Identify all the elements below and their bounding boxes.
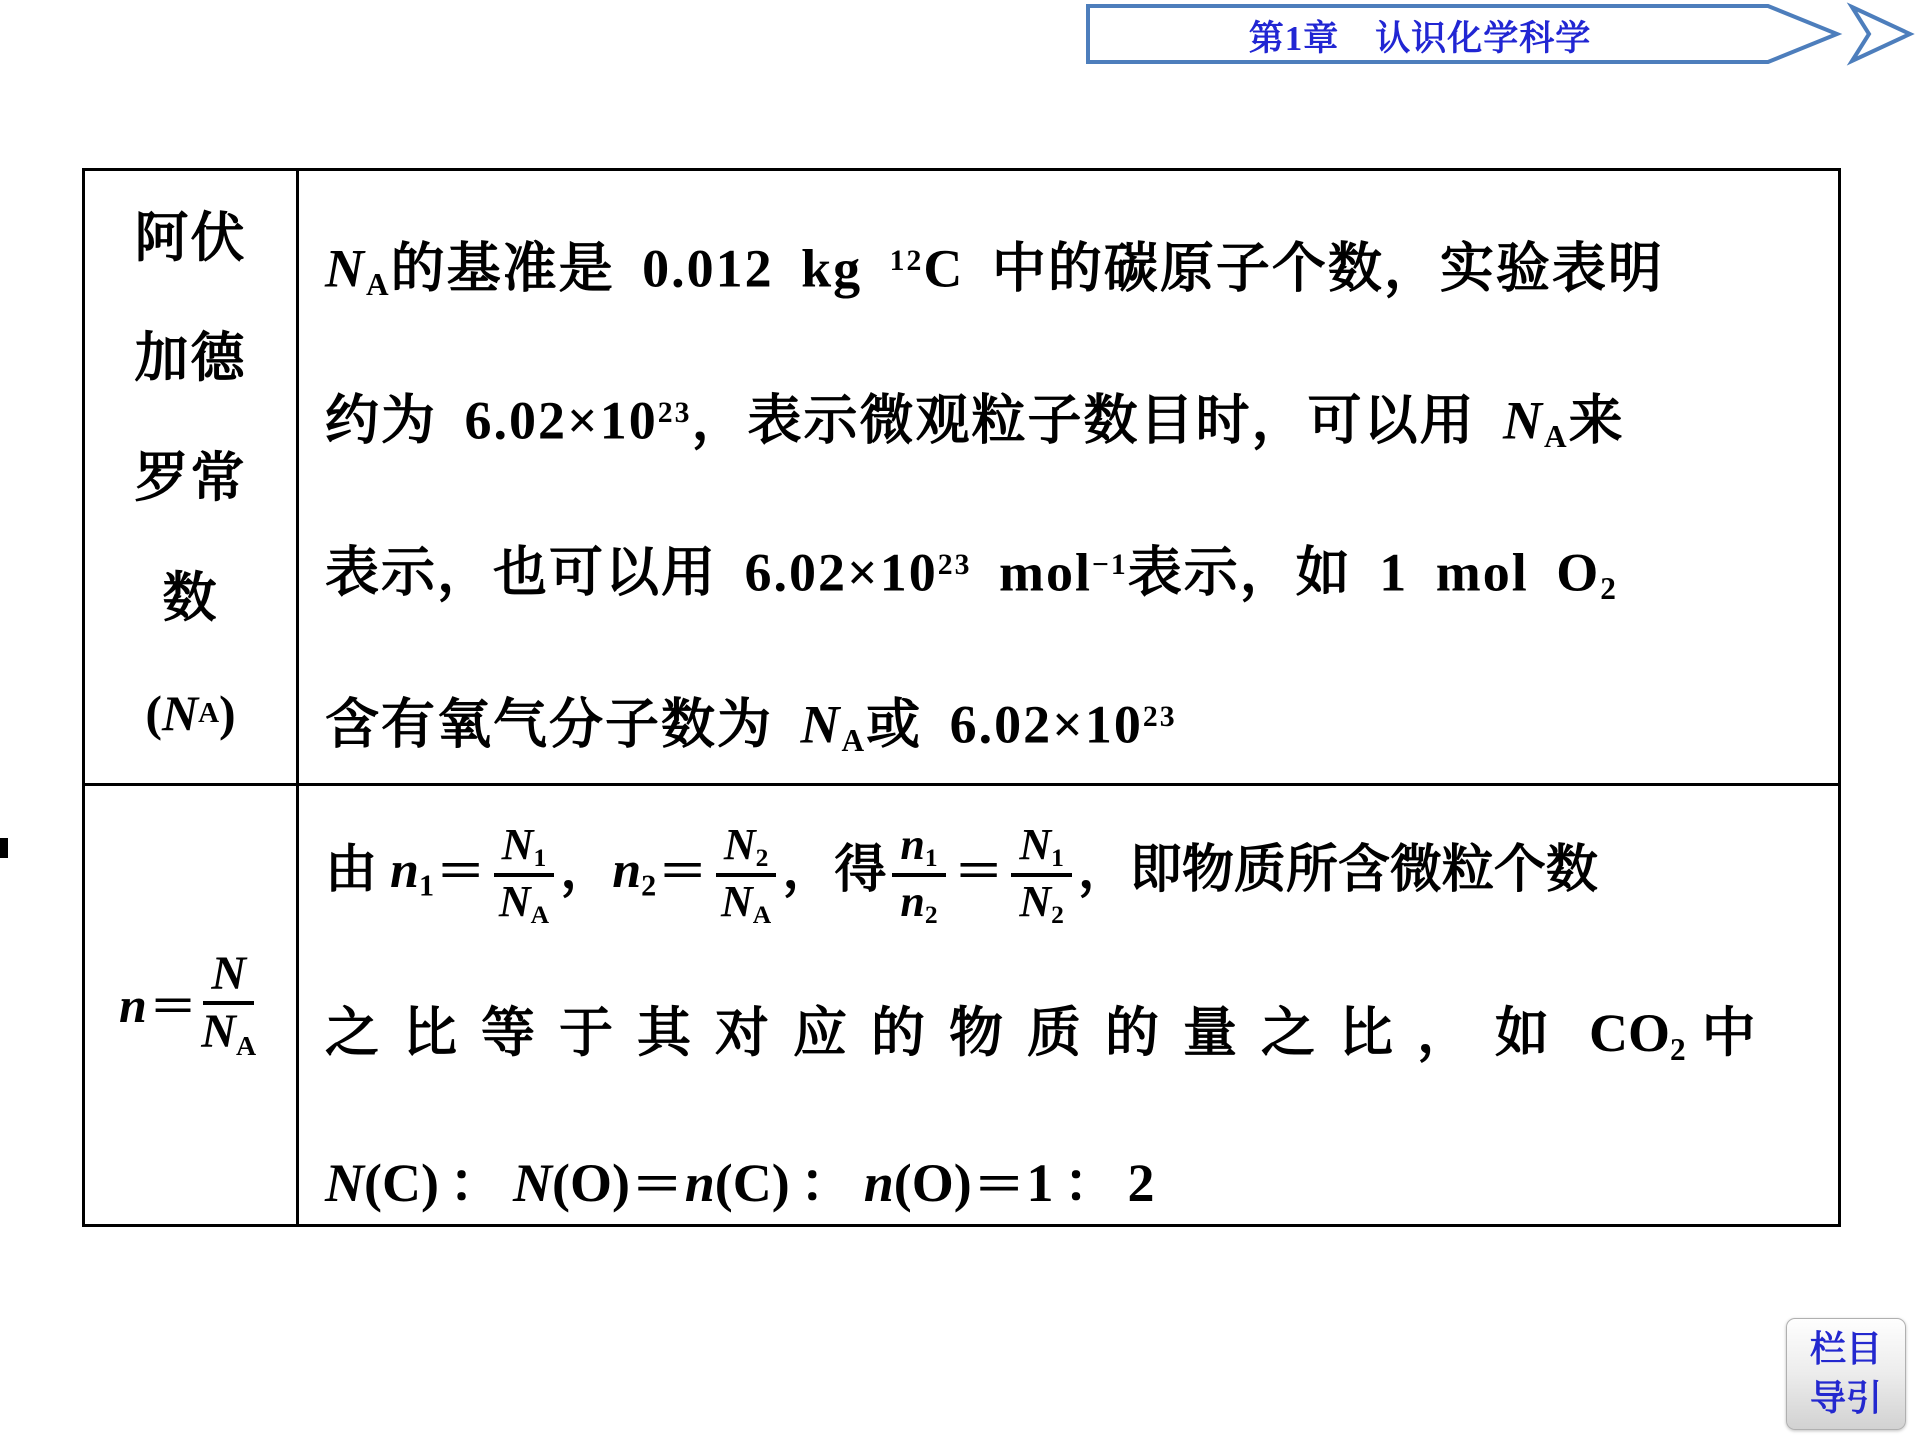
sub-A: A [366,267,391,302]
explanation-line-1: 由 n1=N1NA，n2=N2NA，得n1n2=N1N2，即物质所含微粒个数 [325,792,1827,964]
definition-line-1: NA的基准是 0.012 kg 12C 中的碳原子个数，实验表明 [325,197,1821,349]
ratio-colon: ： [1064,1153,1118,1213]
explanation-cell: 由 n1=N1NA，n2=N2NA，得n1n2=N1N2，即物质所含微粒个数 之… [299,786,1835,1224]
sup-23: 23 [1143,701,1177,733]
equals-sign: = [956,792,1000,950]
var-N: N [201,1005,236,1058]
fraction-n1-over-n2: n1n2 [892,822,945,929]
var-N: N [1503,390,1544,450]
nav-button-label-line2: 导引 [1810,1374,1882,1423]
explanation-line-3: N(C)：N(O)=n(C)：n(O)=1：2 [325,1119,1827,1247]
var-N: N [801,695,842,755]
var-n: n [119,976,147,1034]
explanation-line-2: 之比等于其对应的物质的量之比，如CO2中 [325,964,1827,1119]
equals-sign: = [152,976,195,1034]
fraction-N2-over-NA: N2NA [716,822,777,929]
chapter-title: 第1章 认识化学科学 [1110,12,1730,60]
sup-minus-1: −1 [1092,549,1128,581]
equals-sign: = [976,1119,1022,1247]
equals-sign: = [634,1119,680,1247]
slide: 第1章 认识化学科学 阿伏 加德 罗常 数 (NA) NA的基准是 0.012 … [0,0,1920,1440]
term-symbol-NA: (NA) [85,653,296,773]
fraction-N-over-NA: NNA [201,949,256,1060]
comma: ， [560,842,612,899]
sub-A: A [198,697,219,730]
equals-sign: = [439,792,483,950]
chapter-title-text: 第1章 认识化学科学 [1249,11,1592,61]
var-n: n [864,1153,894,1213]
term-line: 罗常 [85,413,296,533]
nav-button-label-line1: 栏目 [1810,1325,1882,1374]
formula-CO2: CO [1589,1003,1670,1063]
nav-button-column-guide[interactable]: 栏目 导引 [1786,1318,1906,1430]
sub-2: 2 [1600,571,1618,606]
fraction-N1-over-NA: N1NA [494,822,555,929]
double-chevron-icon [1852,7,1910,61]
var-N: N [325,238,366,298]
definition-line-4: 含有氧气分子数为 NA或 6.02×1023 [325,653,1821,805]
var-N: N [211,947,246,1000]
sub-A: A [842,723,867,758]
sub-A: A [236,1030,256,1061]
formula-cell: n=NNA [85,786,296,1224]
sup-12: 12 [890,245,924,277]
ratio-colon: ： [449,1153,503,1213]
var-N: N [513,1153,552,1213]
var-N: N [325,1153,364,1213]
sup-23: 23 [658,397,692,429]
var-n: n [612,842,641,899]
definition-line-2: 约为 6.02×1023，表示微观粒子数目时，可以用 NA来 [325,349,1821,501]
term-line: 阿伏 [85,173,296,293]
definition-table: 阿伏 加德 罗常 数 (NA) NA的基准是 0.012 kg 12C 中的碳原… [82,168,1841,1227]
var-N: N [162,684,198,742]
equals-sign: = [661,792,705,950]
term-line: 加德 [85,293,296,413]
var-n: n [390,842,419,899]
definition-cell: NA的基准是 0.012 kg 12C 中的碳原子个数，实验表明 约为 6.02… [299,171,1835,783]
ratio-colon: ： [800,1153,854,1213]
var-n: n [685,1153,715,1213]
definition-line-3: 表示，也可以用 6.02×1023 mol−1表示，如 1 mol O2 [325,501,1821,653]
fraction-N1-over-N2: N1N2 [1011,822,1072,929]
screen-edge-artifact [0,838,8,858]
sub-2: 2 [1670,1032,1686,1067]
term-line: 数 [85,533,296,653]
term-cell-avogadro: 阿伏 加德 罗常 数 (NA) [85,171,296,783]
sub-A: A [1544,419,1569,454]
sup-23: 23 [938,549,972,581]
